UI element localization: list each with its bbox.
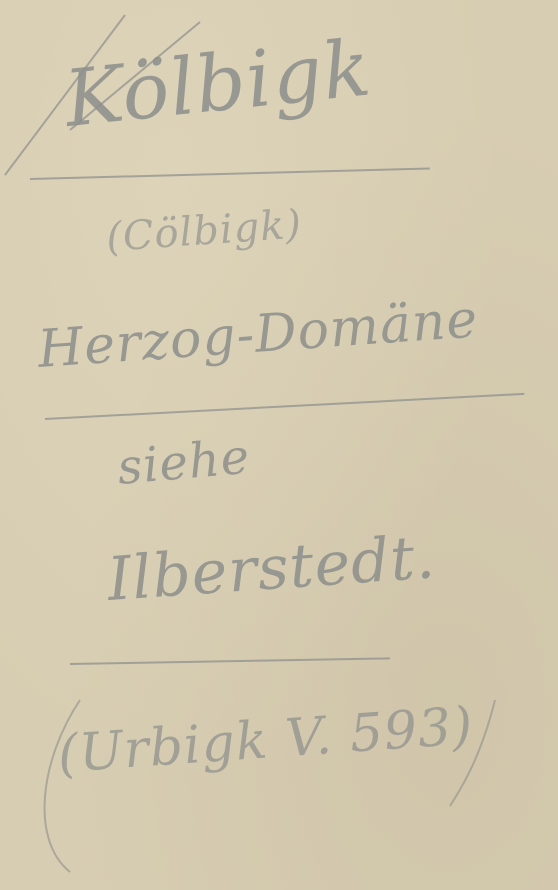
card-see: siehe (115, 429, 252, 496)
